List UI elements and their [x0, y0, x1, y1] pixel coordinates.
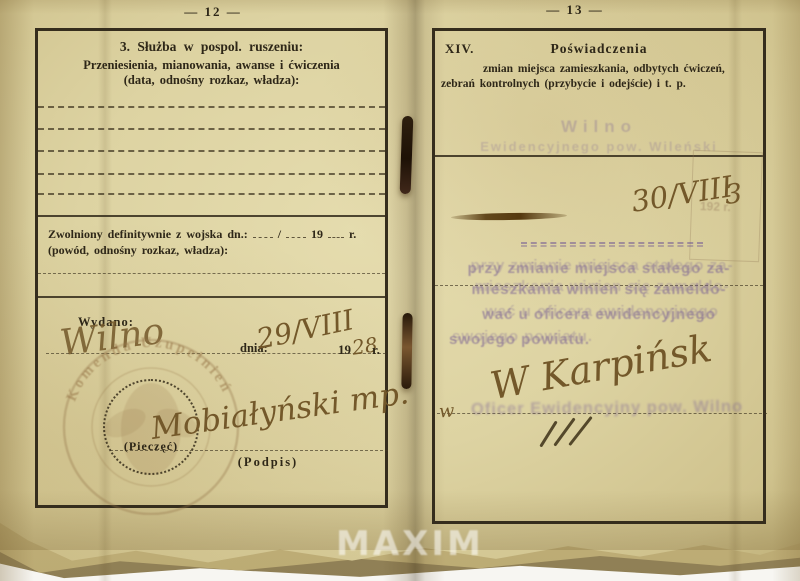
released-year-suffix: r. [349, 227, 356, 241]
left-section-subtitle-1: Przeniesienia, mianowania, awanse i ćwic… [38, 58, 385, 73]
blank-year [328, 227, 344, 238]
ruled-line [38, 193, 385, 195]
released-slash: / [278, 227, 281, 241]
printed-year: 19 [338, 342, 351, 358]
watermark-text: MAXIM [336, 524, 484, 564]
handwritten-annotation: w [438, 400, 455, 422]
pen-stroke-mark [451, 212, 567, 221]
released-year-prefix: 19 [311, 227, 323, 241]
left-section-subtitle-2: (data, odnośny rozkaz, władza): [38, 73, 385, 88]
blank-day [253, 227, 273, 238]
document-scan: — 12 — — 13 — 3. Służba w pospol. ruszen… [0, 0, 800, 581]
left-page-frame: 3. Służba w pospol. ruszeniu: Przeniesie… [35, 28, 388, 508]
instruction-stamp-line-3: wać u oficera ewidencyjnego [435, 306, 763, 323]
signature-label: (Podpis) [208, 455, 328, 470]
handwritten-number: 3 [723, 178, 743, 211]
released-label: Zwolniony definitywnie z wojska dn.: [48, 227, 248, 241]
right-page-number: — 13 — [530, 2, 620, 18]
bottom-office-stamp: Oficer Ewidencyjny pow. Wilno [455, 397, 759, 419]
faint-stamp-city: Wilno [435, 117, 763, 137]
left-section-title: 3. Służba w pospol. ruszeniu: [38, 39, 385, 55]
released-line-2: (powód, odnośny rozkaz, władza): [48, 243, 228, 258]
stamp-underline [521, 242, 703, 247]
right-page-frame: XIV. Poświadczenia zmian miejsca zamiesz… [432, 28, 766, 524]
signature-line [110, 450, 388, 451]
section-divider [38, 296, 385, 298]
ruled-line [38, 128, 385, 130]
right-subtitle-2: zebrań kontrolnych (przybycie i odejście… [441, 78, 761, 90]
ruled-line [38, 273, 385, 274]
right-section-title: Poświadczenia [435, 41, 763, 57]
section-divider [38, 215, 385, 217]
ruled-line [38, 150, 385, 152]
ruled-line [38, 173, 385, 175]
right-subtitle-1: zmian miejsca zamieszkania, odbytych ćwi… [483, 63, 765, 75]
blank-month [286, 227, 306, 238]
left-page-number: — 12 — [168, 4, 258, 20]
instruction-stamp-line-1: przy zmianie miejsca stałego za- [435, 257, 763, 281]
released-row: Zwolniony definitywnie z wojska dn.: / 1… [48, 227, 386, 242]
year-suffix: r. [372, 342, 380, 358]
ruled-line [38, 106, 385, 108]
instruction-stamp-line-2: mieszkania winien się zameldo- [435, 281, 763, 298]
